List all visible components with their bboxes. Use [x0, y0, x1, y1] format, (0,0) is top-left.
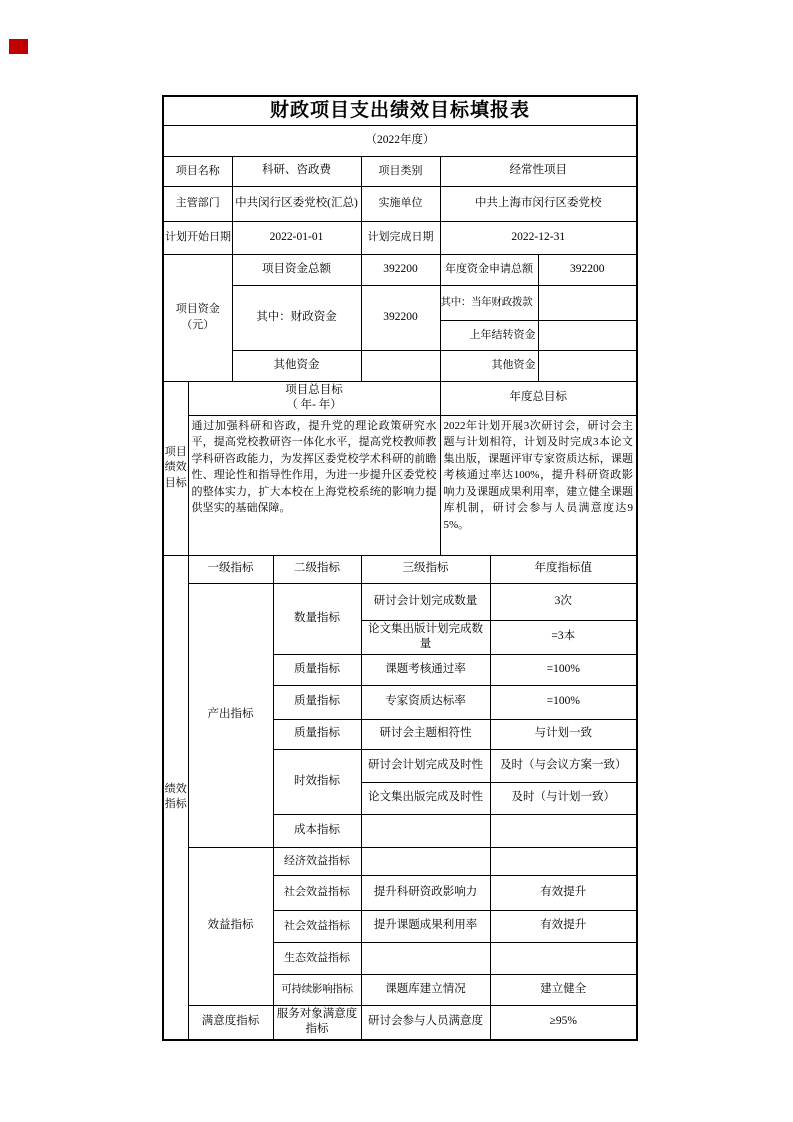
goals-content-row: 通过加强科研和咨政，提升党的理论政策研究水平，提高党校教研咨一体化水平，提高党校…	[163, 415, 637, 555]
annual-goal-text: 2022年计划开展3次研讨会，研讨会主题与计划相符，计划及时完成3本论文集出版，…	[440, 415, 637, 555]
level2-social: 社会效益指标	[273, 910, 361, 942]
level3-indicator: 论文集出版完成及时性	[361, 782, 490, 814]
project-name-label: 项目名称	[163, 156, 232, 186]
other-funds-right-value	[538, 350, 637, 381]
indicator-value: 建立健全	[490, 974, 637, 1005]
indicator-row: 产出指标 数量指标 研讨会计划完成数量 3次	[163, 583, 637, 620]
funding-row-other: 其他资金 其他资金	[163, 350, 637, 381]
indicator-value: =100%	[490, 654, 637, 685]
funding-row-fiscal: 其中：财政资金 392200 其中：当年财政拨款	[163, 285, 637, 320]
header-level3: 三级指标	[361, 555, 490, 583]
level3-indicator: 课题库建立情况	[361, 974, 490, 1005]
indicator-value: 有效提升	[490, 875, 637, 910]
header-level2: 二级指标	[273, 555, 361, 583]
header-value: 年度指标值	[490, 555, 637, 583]
level3-indicator	[361, 942, 490, 974]
level3-indicator: 研讨会参与人员满意度	[361, 1005, 490, 1040]
start-date-value: 2022-01-01	[232, 221, 361, 254]
title-row: 财政项目支出绩效目标填报表	[163, 96, 637, 125]
level3-indicator: 课题考核通过率	[361, 654, 490, 685]
info-row-dates: 计划开始日期 2022-01-01 计划完成日期 2022-12-31	[163, 221, 637, 254]
indicator-row: 效益指标 经济效益指标	[163, 847, 637, 875]
level3-indicator	[361, 847, 490, 875]
indicator-value: 3次	[490, 583, 637, 620]
project-category-label: 项目类别	[361, 156, 440, 186]
level2-cost: 成本指标	[273, 814, 361, 847]
level2-quality: 质量指标	[273, 685, 361, 719]
indicator-value: 及时（与计划一致）	[490, 782, 637, 814]
year-row: （2022年度）	[163, 125, 637, 156]
level3-indicator: 研讨会计划完成数量	[361, 583, 490, 620]
goals-header-row: 项目 绩效 目标 项目总目标 （ 年- 年） 年度总目标	[163, 381, 637, 415]
performance-target-form: 财政项目支出绩效目标填报表 （2022年度） 项目名称 科研、咨政费 项目类别 …	[162, 95, 638, 1041]
level2-quality: 质量指标	[273, 654, 361, 685]
info-row-project-name: 项目名称 科研、咨政费 项目类别 经常性项目	[163, 156, 637, 186]
form-page: 财政项目支出绩效目标填报表 （2022年度） 项目名称 科研、咨政费 项目类别 …	[0, 0, 793, 1122]
level3-indicator: 研讨会主题相符性	[361, 719, 490, 749]
level2-quantity: 数量指标	[273, 583, 361, 654]
level3-indicator: 研讨会计划完成及时性	[361, 749, 490, 782]
carryover-funds-label: 上年结转资金	[440, 320, 538, 350]
indicator-value: 有效提升	[490, 910, 637, 942]
implement-unit-value: 中共上海市闵行区委党校	[440, 186, 637, 221]
indicator-value	[490, 847, 637, 875]
level3-indicator: 提升课题成果利用率	[361, 910, 490, 942]
header-level1: 一级指标	[188, 555, 273, 583]
info-row-department: 主管部门 中共闵行区委党校(汇总) 实施单位 中共上海市闵行区委党校	[163, 186, 637, 221]
level2-economic: 经济效益指标	[273, 847, 361, 875]
indicator-value: ≥95%	[490, 1005, 637, 1040]
end-date-label: 计划完成日期	[361, 221, 440, 254]
indicator-value: 及时（与会议方案一致）	[490, 749, 637, 782]
indicator-value	[490, 814, 637, 847]
level3-indicator: 论文集出版计划完成数量	[361, 620, 490, 654]
level3-indicator	[361, 814, 490, 847]
form-title: 财政项目支出绩效目标填报表	[163, 96, 637, 125]
other-funds-left-label: 其他资金	[232, 350, 361, 381]
project-name-value: 科研、咨政费	[232, 156, 361, 186]
level2-social: 社会效益指标	[273, 875, 361, 910]
annual-goal-header: 年度总目标	[440, 381, 637, 415]
level1-benefit: 效益指标	[188, 847, 273, 1005]
current-year-appropriation-value	[538, 285, 637, 320]
other-funds-right-label: 其他资金	[440, 350, 538, 381]
level1-satisfaction: 满意度指标	[188, 1005, 273, 1040]
implement-unit-label: 实施单位	[361, 186, 440, 221]
department-value: 中共闵行区委党校(汇总)	[232, 186, 361, 221]
annual-request-value: 392200	[538, 254, 637, 285]
red-stamp-mark	[9, 39, 28, 54]
funding-section-label: 项目资金 （元）	[163, 254, 232, 381]
end-date-value: 2022-12-31	[440, 221, 637, 254]
level1-output: 产出指标	[188, 583, 273, 847]
project-goal-text: 通过加强科研和咨政，提升党的理论政策研究水平，提高党校教研咨一体化水平，提高党校…	[188, 415, 440, 555]
department-label: 主管部门	[163, 186, 232, 221]
level2-sustainable: 可持续影响指标	[273, 974, 361, 1005]
current-year-appropriation-label: 其中：当年财政拨款	[440, 285, 538, 320]
indicator-value	[490, 942, 637, 974]
fiscal-funds-label: 其中：财政资金	[232, 285, 361, 350]
indicator-value: =3本	[490, 620, 637, 654]
level2-service-satisfaction: 服务对象满意度指标	[273, 1005, 361, 1040]
funding-total-value: 392200	[361, 254, 440, 285]
indicator-section-label: 绩效 指标	[163, 555, 188, 1040]
funding-row-total: 项目资金 （元） 项目资金总额 392200 年度资金申请总额 392200	[163, 254, 637, 285]
level2-timeliness: 时效指标	[273, 749, 361, 814]
level2-quality: 质量指标	[273, 719, 361, 749]
level2-ecological: 生态效益指标	[273, 942, 361, 974]
other-funds-left-value	[361, 350, 440, 381]
project-category-value: 经常性项目	[440, 156, 637, 186]
level3-indicator: 提升科研资政影响力	[361, 875, 490, 910]
goals-section-label: 项目 绩效 目标	[163, 381, 188, 555]
start-date-label: 计划开始日期	[163, 221, 232, 254]
indicator-header-row: 绩效 指标 一级指标 二级指标 三级指标 年度指标值	[163, 555, 637, 583]
indicator-value: =100%	[490, 685, 637, 719]
project-goal-header: 项目总目标 （ 年- 年）	[188, 381, 440, 415]
annual-request-label: 年度资金申请总额	[440, 254, 538, 285]
indicator-value: 与计划一致	[490, 719, 637, 749]
indicator-row: 满意度指标 服务对象满意度指标 研讨会参与人员满意度 ≥95%	[163, 1005, 637, 1040]
carryover-funds-value	[538, 320, 637, 350]
form-year: （2022年度）	[163, 125, 637, 156]
fiscal-funds-value: 392200	[361, 285, 440, 350]
funding-total-label: 项目资金总额	[232, 254, 361, 285]
level3-indicator: 专家资质达标率	[361, 685, 490, 719]
